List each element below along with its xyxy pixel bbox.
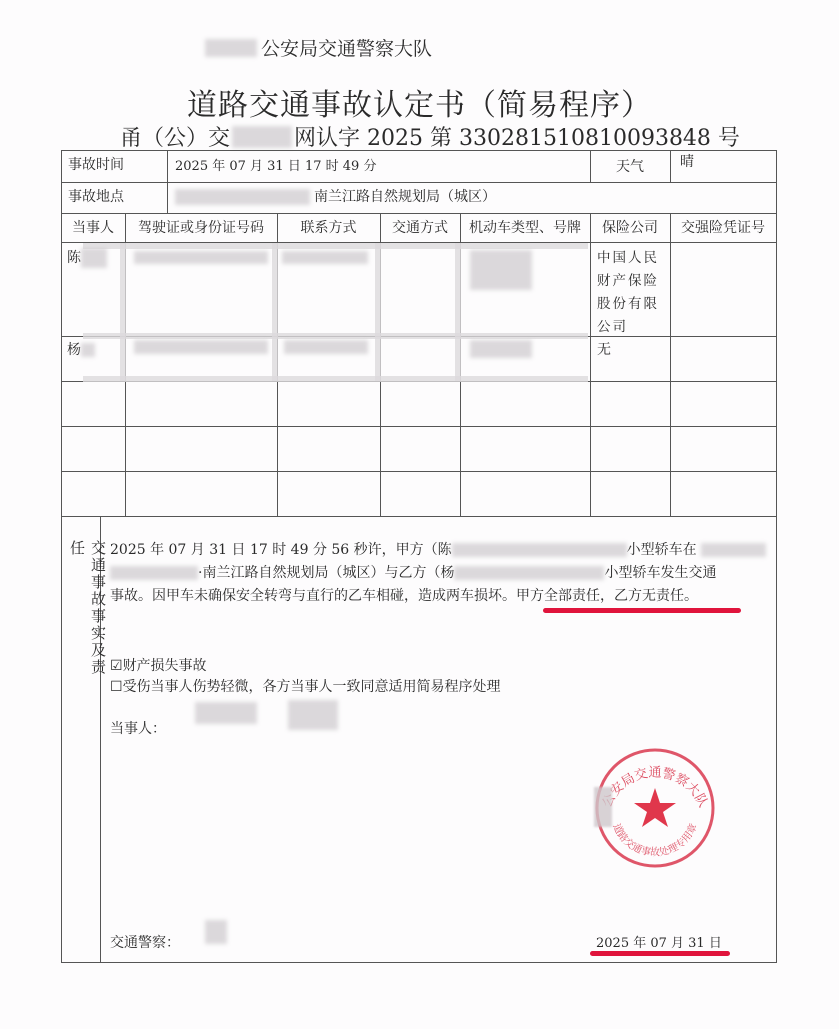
col-header-license: 驾驶证或身份证号码	[125, 218, 277, 238]
checkbox-empty-icon: ☐	[110, 679, 123, 695]
minor-injury-checkbox[interactable]: ☐受伤当事人伤势轻微，各方当事人一致同意适用简易程序处理	[110, 676, 501, 696]
facts-text: 小型轿车在	[627, 542, 697, 558]
redacted-vehicle	[470, 250, 532, 290]
issuing-organization: 公安局交通警察大队	[205, 34, 432, 61]
officer-signature	[205, 920, 227, 944]
redacted-contact	[282, 251, 368, 264]
party-name: 陈	[67, 248, 81, 268]
accident-time-label: 事故时间	[68, 155, 124, 175]
redacted-name	[81, 248, 107, 268]
property-damage-checkbox[interactable]: ☑财产损失事故	[110, 655, 207, 675]
official-seal-stamp: 公安局交通警察大队 道路交通事故处理专用章	[590, 745, 720, 870]
table-row: 杨	[67, 340, 95, 360]
location-text: 南兰江路自然规划局（城区）	[314, 187, 496, 207]
liability-highlight-underline	[543, 608, 741, 613]
svg-text:道路交通事故处理专用章: 道路交通事故处理专用章	[610, 821, 700, 858]
document-title: 道路交通事故认定书（简易程序）	[0, 80, 839, 124]
signing-date: 2025 年 07 月 31 日	[596, 932, 722, 951]
redacted-city	[205, 39, 257, 57]
redacted-license	[134, 251, 268, 264]
facts-text: 小型轿车发生交通	[604, 565, 716, 581]
party-signature-2	[288, 700, 338, 730]
checkbox-checked-icon: ☑	[110, 658, 123, 674]
accident-location-value: 南兰江路自然规划局（城区）	[175, 187, 496, 207]
stamp-inner-text: 道路交通事故处理专用章	[610, 821, 700, 858]
facts-text: ·南兰江路自然规划局（城区）与乙方（杨	[198, 565, 454, 581]
organization-name: 公安局交通警察大队	[261, 34, 432, 61]
accident-time-value: 2025 年 07 月 31 日 17 时 49 分	[175, 157, 376, 177]
star-icon	[634, 788, 676, 827]
col-header-mode: 交通方式	[380, 218, 460, 238]
redacted-location	[175, 189, 310, 205]
redacted-vehicle	[470, 340, 532, 358]
redacted-plate	[452, 543, 627, 557]
redacted-road	[701, 543, 766, 557]
document-number: 甬（公）交 网认字 2025 第 330281510810093848 号	[120, 121, 740, 152]
redacted-plate	[454, 566, 604, 580]
redacted-contact	[284, 340, 368, 354]
party-signature-label: 当事人：	[110, 718, 166, 738]
weather-label: 天气	[590, 157, 670, 177]
col-header-vehicle: 机动车类型、号牌	[460, 218, 590, 238]
facts-line-3: 事故。因甲车未确保安全转弯与直行的乙车相碰，造成两车损坏。甲方全部责任，乙方无责…	[110, 585, 698, 607]
facts-line-1: 2025 年 07 月 31 日 17 时 49 分 56 秒许，甲方（陈小型轿…	[110, 539, 766, 561]
redacted-license	[134, 340, 268, 354]
doc-number-prefix: 甬（公）交	[120, 121, 230, 152]
facts-line-2: ·南兰江路自然规划局（城区）与乙方（杨小型轿车发生交通	[110, 562, 716, 584]
col-header-contact: 联系方式	[277, 218, 380, 238]
doc-number-suffix: 网认字 2025 第 330281510810093848 号	[294, 121, 740, 152]
party-signature-1	[195, 702, 257, 724]
col-header-cert: 交强险凭证号	[670, 218, 776, 238]
redacted-code	[232, 126, 292, 148]
date-highlight-underline	[590, 951, 730, 956]
checkbox-label: 受伤当事人伤势轻微，各方当事人一致同意适用简易程序处理	[123, 679, 501, 695]
col-header-insurer: 保险公司	[590, 218, 670, 238]
checkbox-label: 财产损失事故	[123, 658, 207, 674]
facts-text: 事故。因甲车未确保安全转弯与直行的乙车相碰，造成两车损坏。	[110, 588, 516, 604]
officer-label: 交通警察：	[110, 932, 180, 952]
col-header-party: 当事人	[61, 218, 125, 238]
insurer-value: 无	[597, 340, 611, 360]
redacted-name	[81, 343, 95, 357]
party-name: 杨	[67, 340, 81, 360]
liability-conclusion: 甲方全部责任，乙方无责任。	[516, 588, 698, 604]
insurer-value: 中国人民财产保险股份有限公司	[597, 247, 669, 339]
table-row: 陈	[67, 248, 107, 268]
redacted-road	[110, 566, 198, 580]
facts-section-label: 交通事故事实及责任	[67, 540, 109, 690]
accident-location-label: 事故地点	[68, 187, 124, 207]
facts-text: 2025 年 07 月 31 日 17 时 49 分 56 秒许，甲方（陈	[110, 542, 452, 558]
weather-value: 晴	[680, 152, 694, 172]
